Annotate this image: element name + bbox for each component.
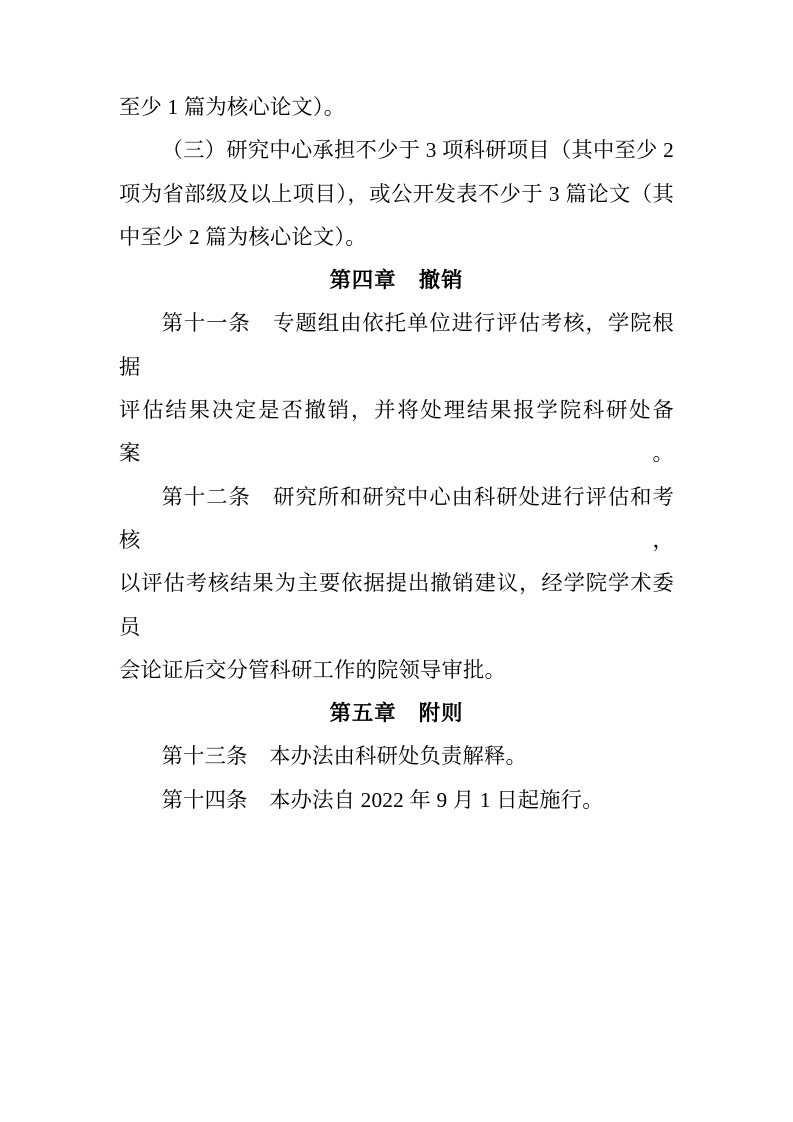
text-line: 第十二条 研究所和研究中心由科研处进行评估和考核， [119,476,674,563]
document-page: 至少 1 篇为核心论文）。 （三）研究中心承担不少于 3 项科研项目（其中至少 … [0,0,793,1122]
text-line: 至少 1 篇为核心论文）。 [119,86,674,129]
text-line: 以评估考核结果为主要依据提出撤销建议，经学院学术委员 [119,562,674,649]
text-line: 第十三条 本办法由科研处负责解释。 [119,735,674,778]
heading-chapter-5: 第五章 附则 [119,692,674,735]
text-line: （三）研究中心承担不少于 3 项科研项目（其中至少 2 [119,129,674,172]
text-line: 中至少 2 篇为核心论文）。 [119,216,674,259]
text-line: 评估结果决定是否撤销，并将处理结果报学院科研处备案。 [119,389,674,476]
heading-chapter-4: 第四章 撤销 [119,259,674,302]
text-line: 第十四条 本办法自 2022 年 9 月 1 日起施行。 [119,779,674,822]
text-line: 第十一条 专题组由依托单位进行评估考核，学院根据 [119,302,674,389]
text-line: 项为省部级及以上项目），或公开发表不少于 3 篇论文（其 [119,173,674,216]
document-content: 至少 1 篇为核心论文）。 （三）研究中心承担不少于 3 项科研项目（其中至少 … [119,86,674,822]
text-line: 会论证后交分管科研工作的院领导审批。 [119,649,674,692]
